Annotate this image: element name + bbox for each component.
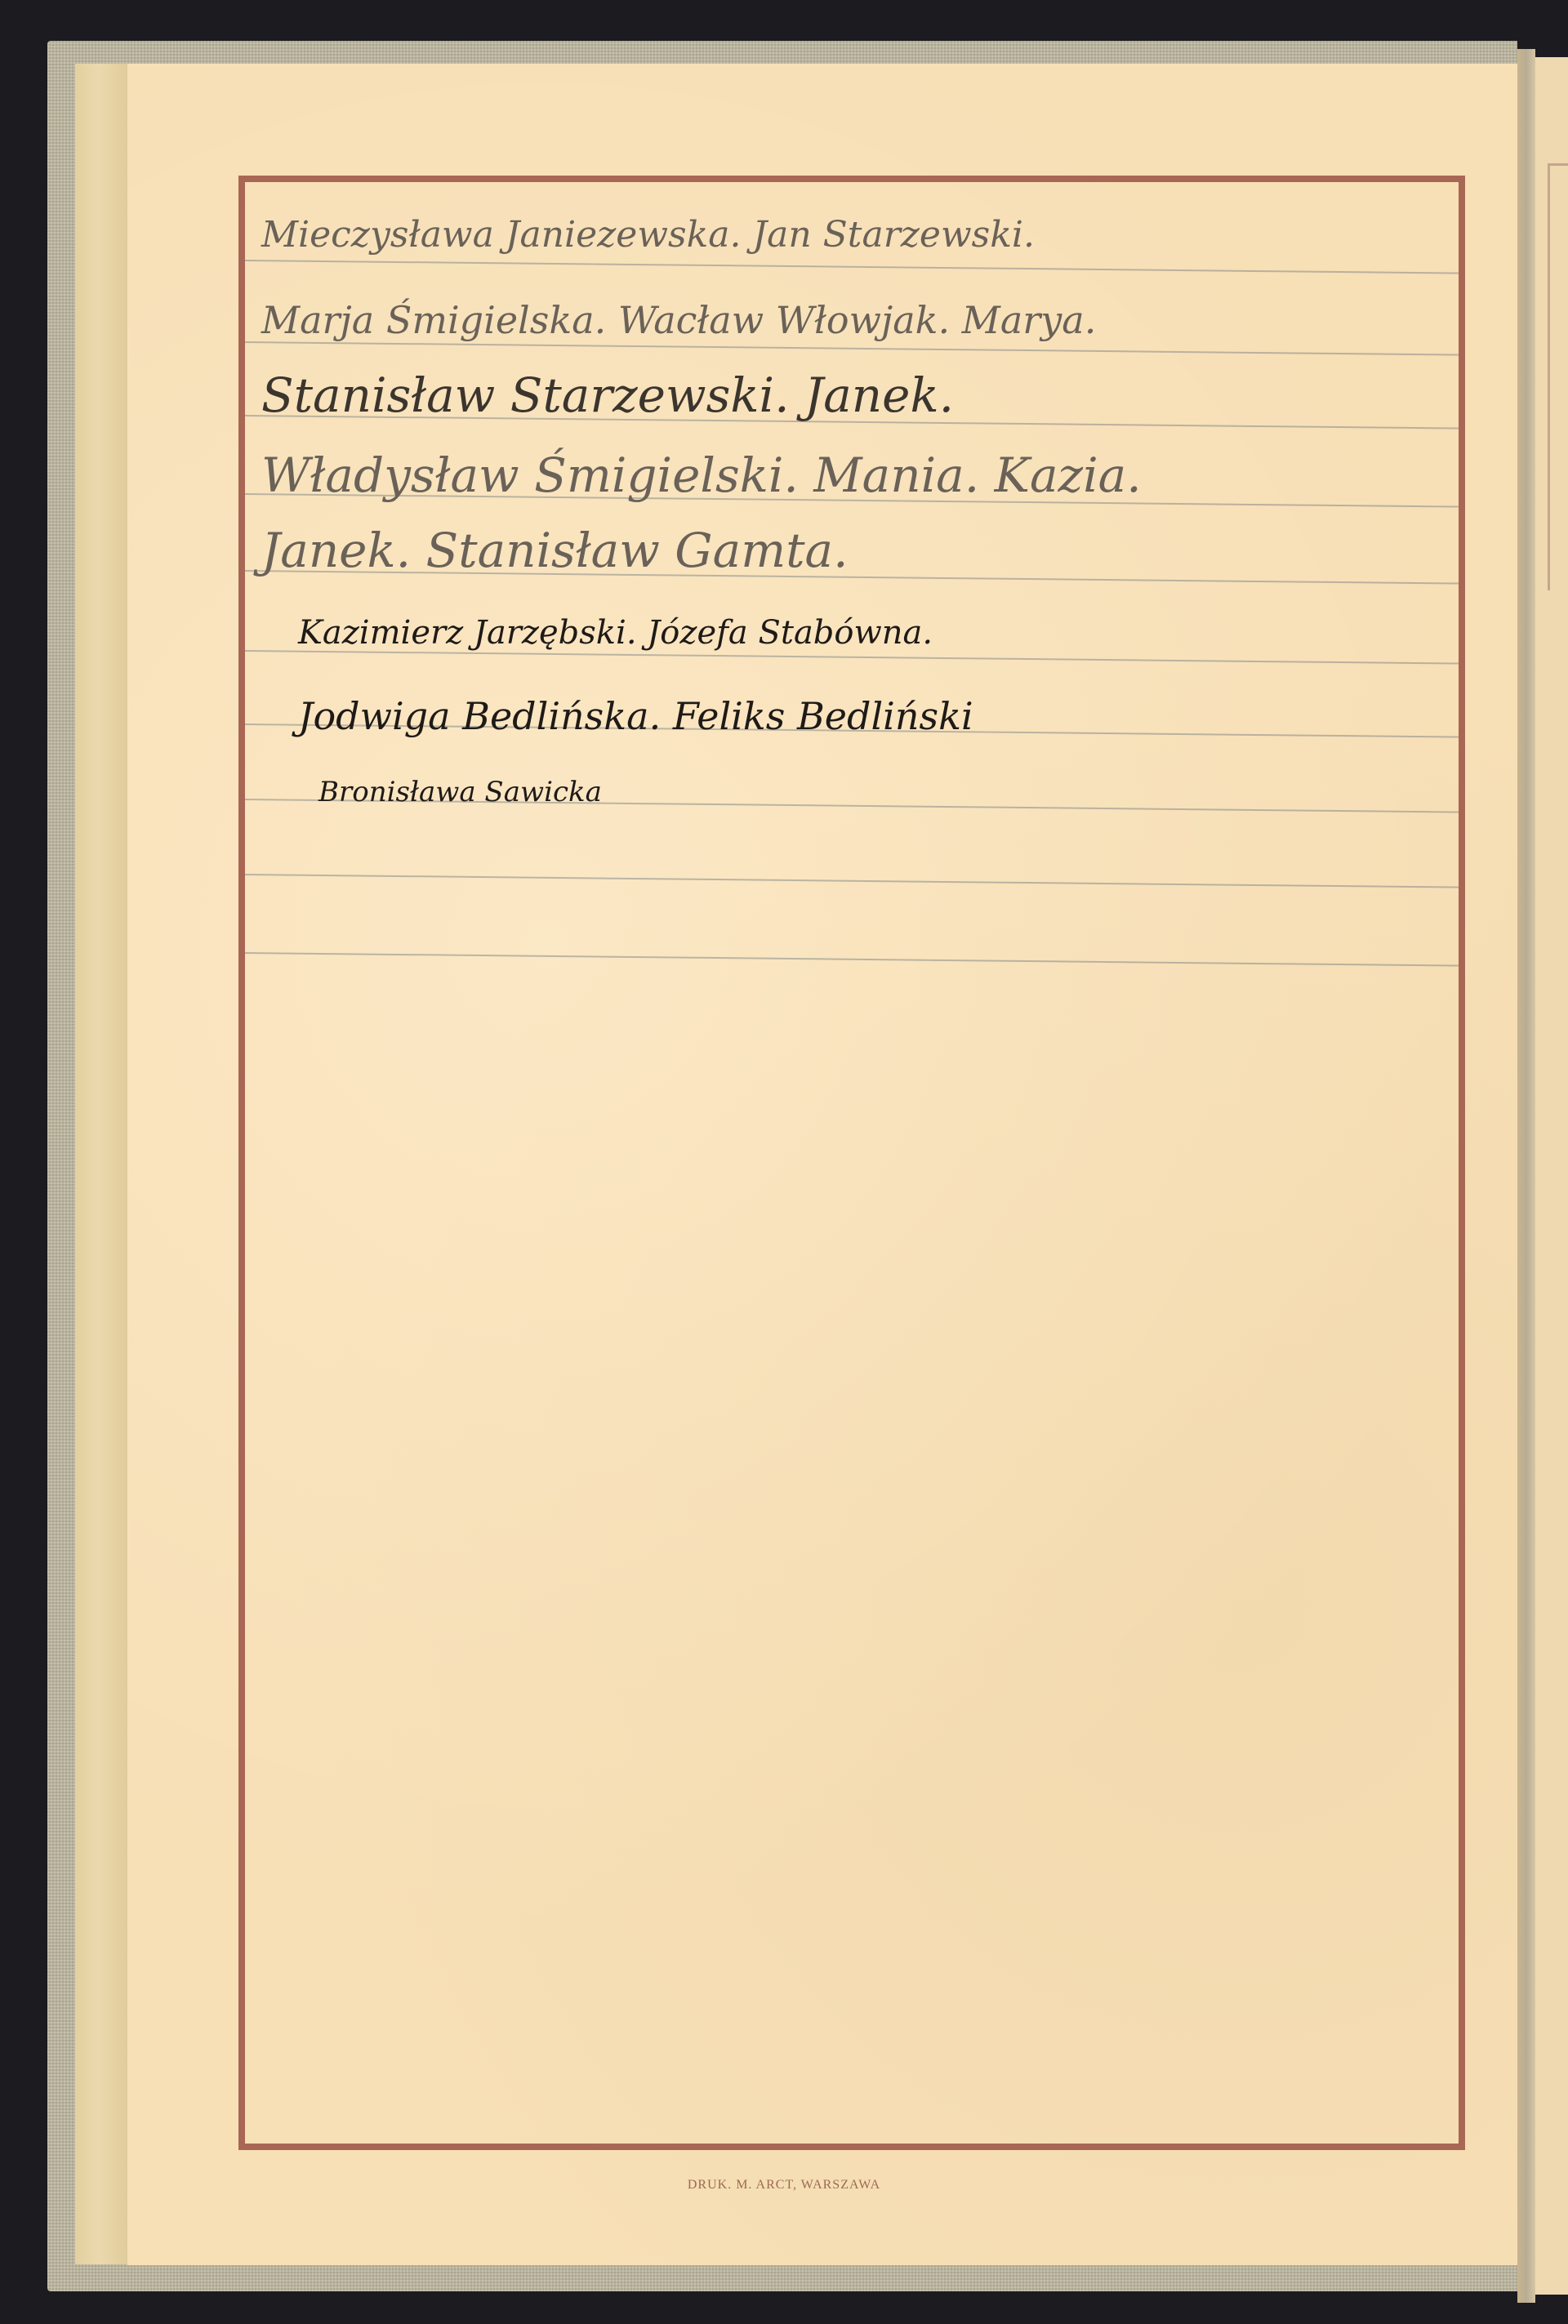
handwritten-line: Kazimierz Jarzębski. Józefa Stabówna. [298,614,933,652]
handwritten-line: Janek. Stanisław Gamta. [261,523,849,578]
book-gutter [1517,49,1535,2303]
handwritten-line: Mieczysława Janiezewska. Jan Starzewski. [261,214,1035,256]
handwritten-line: Stanisław Starzewski. Janek. [261,367,954,423]
handwritten-line: Marja Śmigielska. Wacław Włowjak. Marya. [261,298,1096,342]
handwritten-line: Władysław Śmigielski. Mania. Kazia. [261,447,1142,503]
handwritten-line: Bronisława Sawicka [318,776,602,808]
printer-imprint: DRUK. M. ARCT, WARSZAWA [0,2178,1568,2193]
facing-page-ornament [1548,163,1568,590]
handwritten-line: Jodwiga Bedlińska. Feliks Bedliński [298,694,973,738]
page-edges [75,64,128,2264]
